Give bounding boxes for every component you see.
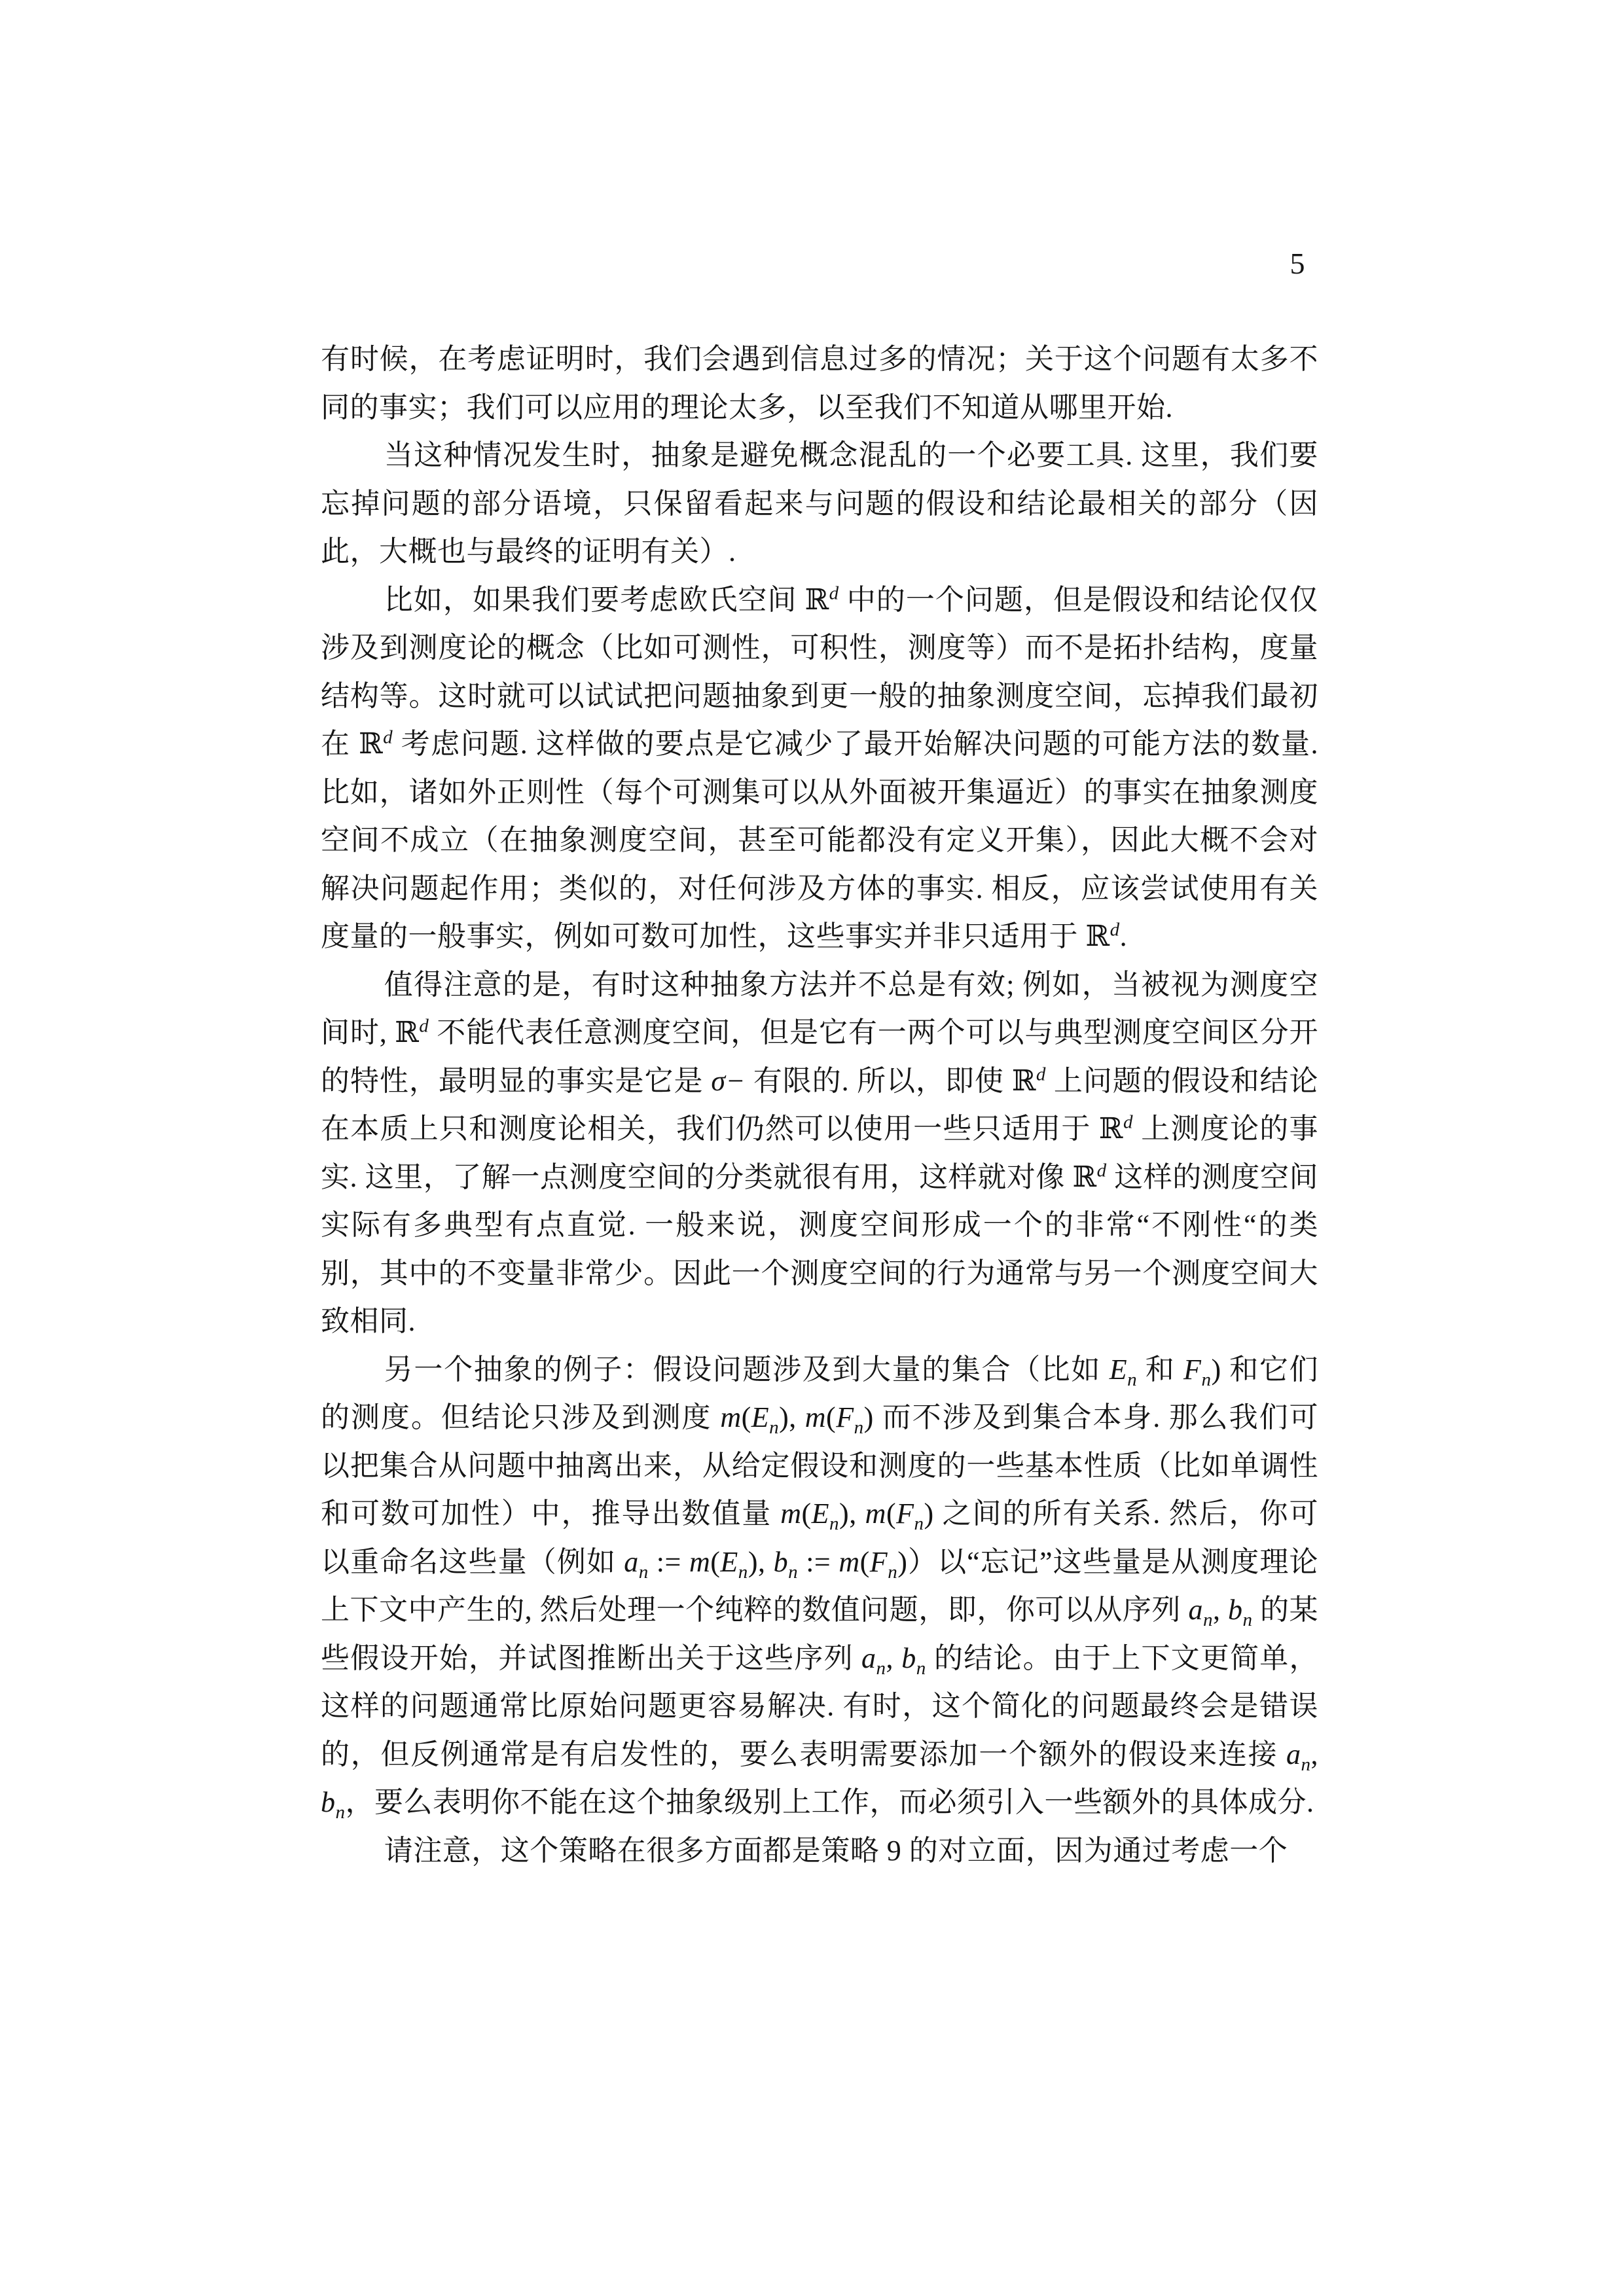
math-run: a bbox=[861, 1642, 876, 1674]
paragraph: 当这种情况发生时，抽象是避免概念混乱的一个必要工具. 这里，我们要忘掉问题的部分… bbox=[321, 431, 1318, 576]
math-subscript: n bbox=[1203, 1609, 1213, 1630]
document-page: 5 有时候，在考虑证明时，我们会遇到信息过多的情况；关于这个问题有太多不同的事实… bbox=[0, 0, 1624, 2296]
math-run: b bbox=[774, 1546, 789, 1578]
math-subscript: n bbox=[914, 1513, 924, 1534]
text-run: 请注意，这个策略在很多方面都是策略 bbox=[384, 1835, 887, 1867]
math-run: E bbox=[1110, 1354, 1127, 1386]
math-run: F bbox=[870, 1546, 888, 1578]
math-run: 9 bbox=[887, 1835, 902, 1867]
math-run: , bbox=[1213, 1594, 1228, 1626]
math-run: . bbox=[1120, 920, 1128, 952]
math-run: F bbox=[1183, 1354, 1201, 1386]
math-subscript: n bbox=[888, 1561, 897, 1582]
text-run: 的对立面，因为通过考虑一个 bbox=[901, 1835, 1288, 1867]
math-run: ( bbox=[886, 1498, 896, 1530]
math-run: m bbox=[780, 1498, 801, 1530]
math-run: ℝ bbox=[1099, 1113, 1123, 1145]
page-number: 5 bbox=[1278, 247, 1317, 280]
math-run: a bbox=[624, 1546, 639, 1578]
math-run: b bbox=[1228, 1594, 1243, 1626]
math-run: ℝ bbox=[359, 728, 383, 760]
math-run: m bbox=[689, 1546, 710, 1578]
math-run: ), bbox=[839, 1498, 865, 1530]
math-run: b bbox=[901, 1642, 916, 1674]
text-run: 比如，如果我们要考虑欧氏空间 bbox=[384, 584, 805, 616]
math-subscript: n bbox=[1201, 1369, 1211, 1390]
math-subscript: n bbox=[1127, 1369, 1137, 1390]
math-run: ), bbox=[748, 1546, 774, 1578]
math-run: ( bbox=[826, 1401, 836, 1433]
text-run: 另一个抽象的例子：假设问题涉及到大量的集合（比如 bbox=[384, 1354, 1110, 1386]
text-run: 和 bbox=[1137, 1354, 1183, 1386]
text-run: 有时候，在考虑证明时，我们会遇到信息过多的情况；关于这个问题有太多不同的事实；我… bbox=[321, 343, 1318, 423]
paragraph: 请注意，这个策略在很多方面都是策略 9 的对立面，因为通过考虑一个 bbox=[321, 1827, 1318, 1875]
math-run: ), bbox=[779, 1401, 805, 1433]
paragraph: 另一个抽象的例子：假设问题涉及到大量的集合（比如 En 和 Fn) 和它们的测度… bbox=[321, 1346, 1318, 1827]
math-run: ℝ bbox=[805, 584, 829, 616]
math-run: ( bbox=[742, 1401, 751, 1433]
paragraph: 比如，如果我们要考虑欧氏空间 ℝd 中的一个问题，但是假设和结论仅仅涉及到测度论… bbox=[321, 576, 1318, 961]
math-run: , bbox=[886, 1642, 902, 1674]
paragraph: 有时候，在考虑证明时，我们会遇到信息过多的情况；关于这个问题有太多不同的事实；我… bbox=[321, 335, 1318, 431]
math-run: E bbox=[751, 1401, 769, 1433]
math-subscript: n bbox=[788, 1561, 798, 1582]
math-run: ) bbox=[1211, 1354, 1221, 1386]
math-run: ℝ bbox=[1086, 920, 1110, 952]
text-run: ，要么表明你不能在这个抽象级别上工作，而必须引入一些额外的具体成分. bbox=[346, 1786, 1314, 1818]
math-subscript: n bbox=[769, 1417, 779, 1438]
math-superscript: d bbox=[1110, 919, 1120, 940]
math-run: ) bbox=[924, 1498, 934, 1530]
math-run: b bbox=[321, 1786, 336, 1818]
math-superscript: d bbox=[1036, 1064, 1046, 1085]
math-subscript: n bbox=[854, 1417, 864, 1438]
math-subscript: n bbox=[639, 1561, 649, 1582]
math-run: ) bbox=[864, 1401, 874, 1433]
math-superscript: d bbox=[1123, 1111, 1133, 1132]
math-subscript: n bbox=[1242, 1609, 1252, 1630]
math-subscript: n bbox=[336, 1802, 346, 1823]
math-run: := bbox=[798, 1546, 839, 1578]
math-run: m bbox=[839, 1546, 859, 1578]
math-run: m bbox=[865, 1498, 886, 1530]
text-run: 有限的. 所以，即使 bbox=[746, 1065, 1012, 1097]
math-subscript: n bbox=[829, 1513, 839, 1534]
math-run: a bbox=[1286, 1738, 1301, 1770]
math-superscript: d bbox=[829, 583, 839, 603]
math-run: m bbox=[720, 1401, 741, 1433]
math-run: ( bbox=[801, 1498, 811, 1530]
math-run: ℝ bbox=[1012, 1065, 1036, 1097]
math-run: σ− bbox=[711, 1065, 745, 1097]
math-run: ( bbox=[860, 1546, 870, 1578]
math-subscript: n bbox=[738, 1561, 748, 1582]
math-superscript: d bbox=[419, 1015, 429, 1036]
paragraph: 值得注意的是，有时这种抽象方法并不总是有效; 例如，当被视为测度空间时, ℝd … bbox=[321, 961, 1318, 1346]
math-subscript: n bbox=[876, 1657, 886, 1678]
math-run: ) bbox=[897, 1546, 907, 1578]
math-run: a bbox=[1188, 1594, 1203, 1626]
math-superscript: d bbox=[383, 726, 393, 747]
text-body: 有时候，在考虑证明时，我们会遇到信息过多的情况；关于这个问题有太多不同的事实；我… bbox=[321, 335, 1318, 1874]
math-run: E bbox=[720, 1546, 738, 1578]
math-run: ( bbox=[710, 1546, 720, 1578]
math-run: F bbox=[896, 1498, 914, 1530]
math-run: ℝ bbox=[395, 1016, 419, 1049]
math-subscript: n bbox=[916, 1657, 926, 1678]
math-run: ℝ bbox=[1073, 1161, 1097, 1193]
math-superscript: d bbox=[1097, 1160, 1107, 1181]
math-run: E bbox=[812, 1498, 829, 1530]
text-run: 考虑问题. 这样做的要点是它减少了最开始解决问题的可能方法的数量. 比如，诸如外… bbox=[321, 728, 1318, 952]
text-run: 当这种情况发生时，抽象是避免概念混乱的一个必要工具. 这里，我们要忘掉问题的部分… bbox=[321, 439, 1318, 567]
math-run: , bbox=[1311, 1738, 1319, 1770]
math-run: m bbox=[805, 1401, 826, 1433]
math-run: := bbox=[649, 1546, 689, 1578]
math-run: F bbox=[836, 1401, 854, 1433]
math-subscript: n bbox=[1301, 1753, 1310, 1774]
